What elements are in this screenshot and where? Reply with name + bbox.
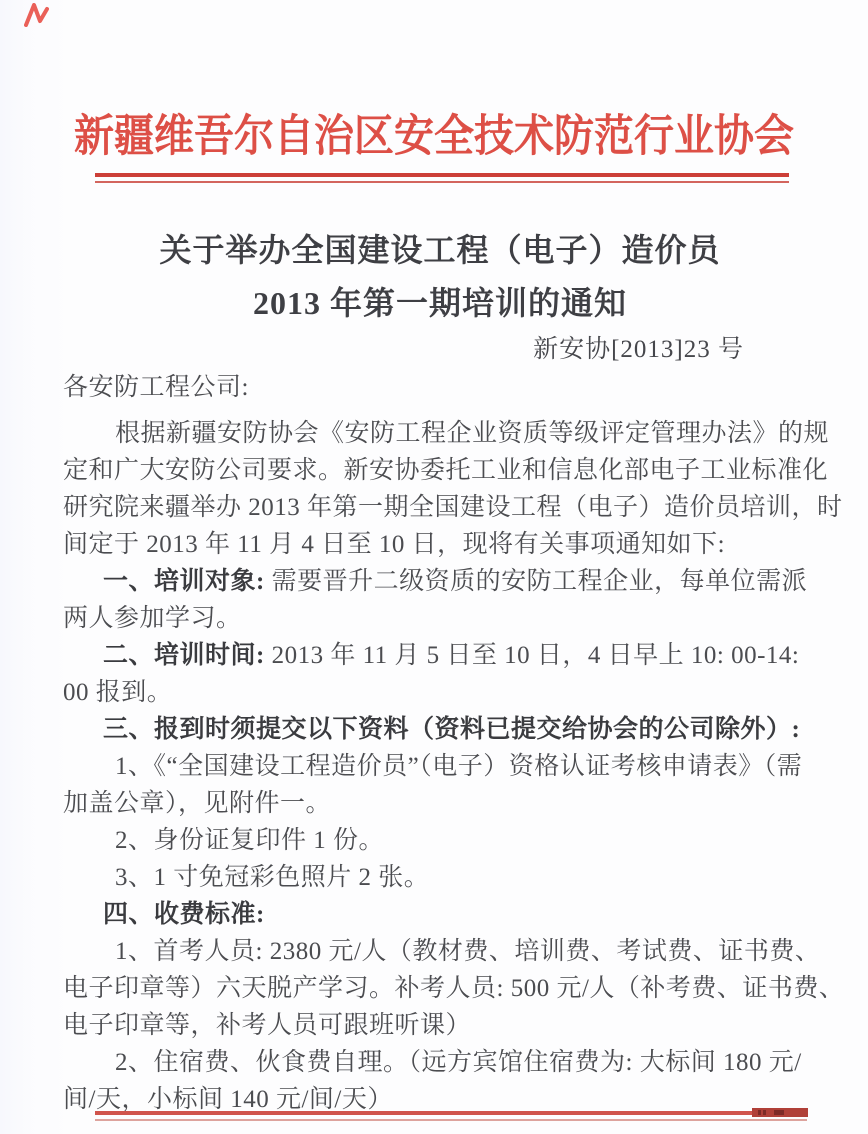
body-text: 间/天，小标间 140 元/间/天） [63, 1086, 393, 1113]
body-text: 2、住宿费、伙食费自理。（远方宾馆住宿费为: 大标间 180 元/ [115, 1049, 802, 1076]
body-line: 00 报到。 [63, 674, 813, 711]
section-heading: 四、收费标准: [103, 901, 265, 928]
body-text: 3、1 寸免冠彩色照片 2 张。 [115, 864, 429, 891]
body-text: 两人参加学习。 [63, 605, 242, 632]
body-line: 研究院来疆举办 2013 年第一期全国建设工程（电子）造价员培训，时 [63, 489, 813, 526]
body-line: 加盖公章），见附件一。 [63, 785, 813, 822]
body-line: 1、《“全国建设工程造价员”（电子）资格认证考核申请表》（需 [63, 748, 813, 785]
body-line: 2、身份证复印件 1 份。 [63, 822, 813, 859]
pen-mark-icon [20, 1, 62, 31]
body-text: 00 报到。 [63, 679, 172, 706]
document-body: 各安防工程公司: 根据新疆安防协会《安防工程企业资质等级评定管理办法》的规定和广… [63, 369, 813, 1118]
body-text: 加盖公章），见附件一。 [63, 790, 331, 817]
document-title-line2: 2013 年第一期培训的通知 [60, 277, 820, 330]
body-line: 二、培训时间: 2013 年 11 月 5 日至 10 日，4 日早上 10: … [63, 637, 813, 674]
body-line: 间定于 2013 年 11 月 4 日至 10 日，现将有关事项通知如下: [63, 526, 813, 563]
body-line: 1、首考人员: 2380 元/人（教材费、培训费、考试费、证书费、 [63, 933, 813, 970]
document-page: 新疆维吾尔自治区安全技术防范行业协会 关于举办全国建设工程（电子）造价员 201… [0, 0, 868, 1134]
body-text: 1、《“全国建设工程造价员”（电子）资格认证考核申请表》（需 [115, 753, 802, 780]
body-line: 根据新疆安防协会《安防工程企业资质等级评定管理办法》的规 [63, 415, 813, 452]
body-text: 定和广大安防公司要求。新安协委托工业和信息化部电子工业标准化 [63, 457, 828, 484]
footer-rule-thin [95, 1119, 807, 1121]
body-line: 电子印章等，补考人员可跟班听课） [63, 1007, 813, 1044]
body-text: 间定于 2013 年 11 月 4 日至 10 日，现将有关事项通知如下: [63, 531, 725, 558]
footer-rule-thick [95, 1111, 755, 1115]
section-heading: 二、培训时间: [103, 642, 265, 669]
body-text: 2、身份证复印件 1 份。 [115, 827, 384, 854]
body-text: 根据新疆安防协会《安防工程企业资质等级评定管理办法》的规 [115, 420, 829, 447]
body-text: 1、首考人员: 2380 元/人（教材费、培训费、考试费、证书费、 [115, 938, 820, 965]
body-line: 电子印章等）六天脱产学习。补考人员: 500 元/人（补考费、证书费、 [63, 970, 813, 1007]
document-number: 新安协[2013]23 号 [533, 329, 744, 365]
header-rule-thick [95, 173, 789, 177]
scan-edge-tint [0, 0, 70, 1134]
body-line: 四、收费标准: [63, 896, 813, 933]
organization-title: 新疆维吾尔自治区安全技术防范行业协会 [40, 101, 828, 164]
document-title: 关于举办全国建设工程（电子）造价员 2013 年第一期培训的通知 [60, 224, 820, 330]
body-line: 3、1 寸免冠彩色照片 2 张。 [63, 859, 813, 896]
body-lines: 根据新疆安防协会《安防工程企业资质等级评定管理办法》的规定和广大安防公司要求。新… [63, 415, 813, 1118]
section-heading: 一、培训对象: [103, 568, 265, 595]
body-text: 电子印章等）六天脱产学习。补考人员: 500 元/人（补考费、证书费、 [63, 975, 844, 1002]
body-line: 2、住宿费、伙食费自理。（远方宾馆住宿费为: 大标间 180 元/ [63, 1044, 813, 1081]
body-text: 电子印章等，补考人员可跟班听课） [63, 1012, 471, 1039]
body-line: 一、培训对象: 需要晋升二级资质的安防工程企业，每单位需派 [63, 563, 813, 600]
body-line: 两人参加学习。 [63, 600, 813, 637]
footer-stamp-mark [752, 1108, 808, 1117]
body-line: 定和广大安防公司要求。新安协委托工业和信息化部电子工业标准化 [63, 452, 813, 489]
body-line: 三、报到时须提交以下资料（资料已提交给协会的公司除外）: [63, 711, 813, 748]
header-rule-thin [95, 181, 789, 183]
salutation: 各安防工程公司: [63, 369, 813, 406]
body-text: 研究院来疆举办 2013 年第一期全国建设工程（电子）造价员培训，时 [63, 494, 843, 521]
body-text: 需要晋升二级资质的安防工程企业，每单位需派 [265, 568, 807, 595]
body-text: 2013 年 11 月 5 日至 10 日，4 日早上 10: 00-14: [265, 642, 800, 669]
section-heading: 三、报到时须提交以下资料（资料已提交给协会的公司除外）: [103, 716, 800, 743]
document-title-line1: 关于举办全国建设工程（电子）造价员 [60, 224, 820, 277]
